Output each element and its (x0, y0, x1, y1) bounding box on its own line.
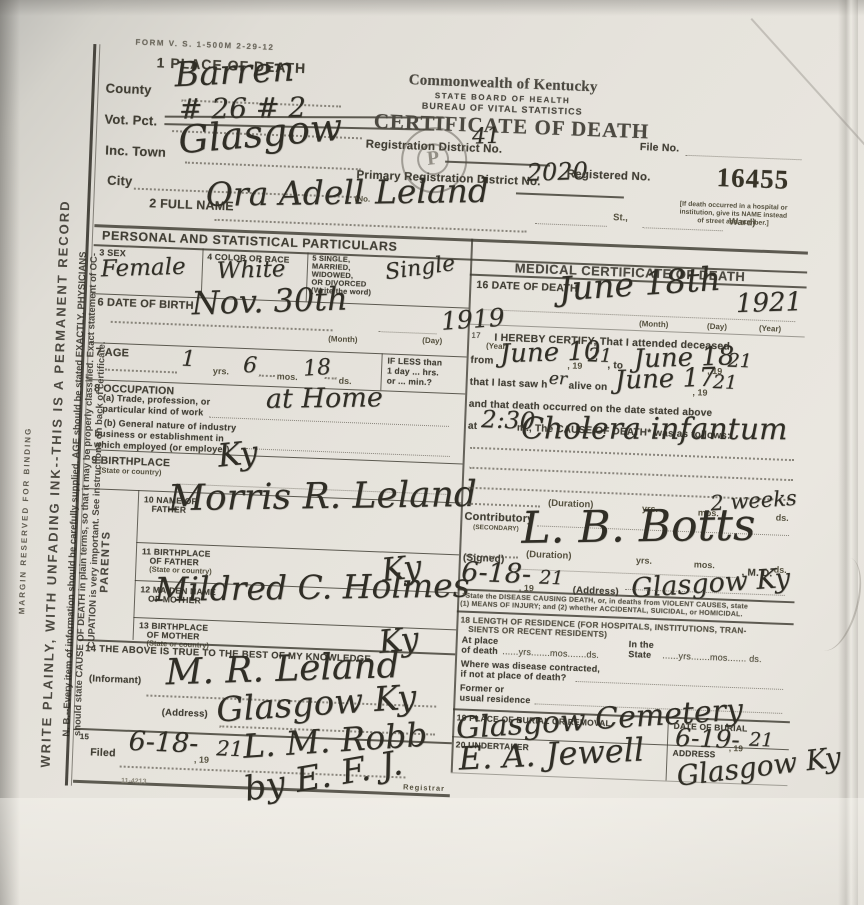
certify-to-year: 21 (727, 353, 752, 371)
certify-at-label: at (468, 421, 478, 432)
duration-ds-caption: ds. (776, 513, 789, 523)
birthplace-caption: (State or country) (99, 466, 162, 477)
birthplace-value: Ky (216, 438, 259, 471)
dob-row-bottom-rule (90, 342, 467, 357)
age-years-value: 1 (181, 350, 196, 370)
race-value: White (216, 259, 285, 282)
dod-year-value: 1921 (736, 291, 803, 316)
certify-from-label: from (470, 355, 493, 367)
age-dots-2 (259, 375, 275, 378)
inthe-units: ......yrs.......mos....... ds. (662, 650, 762, 664)
atplace-l2: of death (461, 645, 498, 656)
age-dots-1 (105, 369, 177, 374)
primary-district-rule (516, 192, 624, 198)
filed-year-prefix: , 19 (194, 754, 209, 765)
certify-saw-her: er (549, 372, 568, 388)
ward-dotted-line (643, 227, 723, 231)
dob-value: Nov. 30th (191, 285, 348, 319)
certify-alive-label: alive on (568, 380, 607, 392)
certificate-form: FORM V. S. 1-500M 2-29-12 1 PLACE OF DEA… (64, 28, 822, 845)
inc-town-label: Inc. Town (105, 143, 166, 160)
form-number: FORM V. S. 1-500M 2-29-12 (135, 38, 274, 52)
occupation-a-dots (209, 417, 449, 427)
filed-year-value: 21 (216, 739, 243, 759)
county-value: Barren (174, 55, 295, 91)
dob-day-dots (379, 331, 437, 334)
ward-caption: Ward) (729, 217, 756, 229)
certify-saw-label: that I last saw h (469, 377, 547, 391)
certify-from-date: June 10 (500, 340, 601, 367)
undertaker-value: E. A. Jewell (458, 736, 645, 774)
filed-number: 15 (80, 732, 90, 741)
filed-date-value: 6-18- (128, 730, 199, 757)
registered-no-value: 16455 (716, 162, 790, 196)
mother-name-value: Mildred C. Holmes (154, 571, 469, 605)
cause-dots-2 (469, 467, 793, 481)
full-name-value: Ora Adell Leland (206, 176, 490, 210)
paper-edge-left-shadow (0, 0, 20, 905)
county-label: County (105, 80, 152, 97)
secondary-caption: (SECONDARY) (473, 524, 519, 533)
age-label: 7 AGE (95, 346, 129, 359)
sex-value: Female (101, 257, 186, 280)
plate-number: 11-4213 (121, 778, 147, 786)
dod-value: June 18th (558, 264, 722, 304)
informant-address-label: (Address) (162, 707, 209, 720)
former-l2: usual residence (459, 693, 530, 706)
dod-year-caption: (Year) (759, 324, 782, 334)
signed-year-value: 21 (539, 570, 564, 588)
inc-town-value: Glasgow (177, 110, 344, 158)
inc-town-dotted-line (185, 162, 361, 171)
duration2-yrs-caption: yrs. (636, 555, 652, 566)
occupation-value: at Home (266, 386, 383, 412)
street-caption: St., (613, 212, 628, 224)
city-label: City (107, 173, 133, 189)
certify-number: 17 (471, 331, 481, 340)
dob-day-caption: (Day) (422, 336, 442, 346)
certify-alive-y19: , 19 (692, 387, 707, 398)
certify-alive-year: 21 (713, 374, 738, 392)
age-yrs-caption: yrs. (213, 366, 229, 377)
vot-pct-label: Vot. Pct. (104, 111, 157, 128)
scanned-death-certificate: MARGIN RESERVED FOR BINDING WRITE PLAINL… (0, 0, 864, 905)
age-months-value: 6 (243, 356, 258, 376)
parents-side-label: PARENTS (98, 533, 112, 593)
age-dots-3 (325, 377, 337, 379)
informant-label: (Informant) (89, 673, 142, 686)
father-name-value: Morris R. Leland (168, 479, 477, 516)
dob-month-caption: (Month) (328, 334, 358, 344)
registrar-stamp-letter: P (426, 147, 440, 171)
ifless-l3: or ... min.? (386, 375, 432, 387)
marital-value: Single (384, 254, 456, 283)
registrar-caption: Registrar (403, 782, 445, 793)
dob-label: 6 DATE OF BIRTH (97, 296, 194, 312)
physician-signature: L. B. Botts (521, 506, 756, 549)
dod-month-caption: (Month) (639, 319, 669, 329)
dob-dotted-line (111, 321, 333, 332)
cause-of-death-value: Cholera infantum (521, 415, 788, 443)
registration-district-value: 41 (472, 127, 501, 148)
dob-year-value: 1919 (440, 307, 505, 334)
paper-edge-top-shadow (0, 0, 864, 16)
file-no-label: File No. (640, 141, 680, 155)
file-no-dotted-line (686, 155, 802, 160)
contracted-dots (575, 681, 783, 690)
street-dotted-line (535, 223, 607, 227)
filed-label: Filed (90, 746, 116, 759)
inthe-l2: State (628, 649, 651, 660)
certify-from-y19: , 19 (567, 360, 582, 371)
dod-day-caption: (Day) (707, 322, 727, 332)
cause-dots-1 (470, 447, 794, 461)
atplace-units: ......yrs.......mos.......ds. (502, 646, 599, 660)
age-mos-caption: mos. (277, 371, 298, 382)
